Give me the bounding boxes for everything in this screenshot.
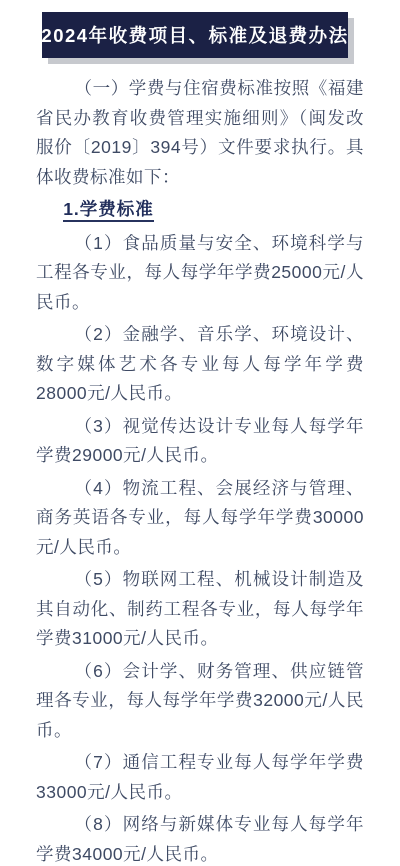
section-heading: 1.学费标准 xyxy=(63,199,154,222)
title-banner: 2024年收费项目、标准及退费办法 xyxy=(42,12,348,58)
fee-item-1: （1）食品质量与安全、环境科学与工程各专业，每人每学年学费25000元/人民币。 xyxy=(36,229,364,318)
fee-item-6: （6）会计学、财务管理、供应链管理各专业，每人每学年学费32000元/人民币。 xyxy=(36,657,364,746)
fee-item-4: （4）物流工程、会展经济与管理、商务英语各专业，每人每学年学费30000元/人民… xyxy=(36,474,364,563)
fee-item-8: （8）网络与新媒体专业每人每学年学费34000元/人民币。 xyxy=(36,810,364,866)
document-body: （一）学费与住宿费标准按照《福建省民办教育收费管理实施细则》（闽发改服价〔201… xyxy=(0,58,400,866)
fee-item-7: （7）通信工程专业每人每学年学费33000元/人民币。 xyxy=(36,748,364,807)
fee-notice-page: 2024年收费项目、标准及退费办法 （一）学费与住宿费标准按照《福建省民办教育收… xyxy=(0,0,400,866)
fee-item-5: （5）物联网工程、机械设计制造及其自动化、制药工程各专业，每人每学年学费3100… xyxy=(36,565,364,654)
intro-paragraph: （一）学费与住宿费标准按照《福建省民办教育收费管理实施细则》（闽发改服价〔201… xyxy=(36,74,364,192)
fee-item-3: （3）视觉传达设计专业每人每学年学费29000元/人民币。 xyxy=(36,412,364,471)
page-title: 2024年收费项目、标准及退费办法 xyxy=(41,22,348,48)
fee-item-2: （2）金融学、音乐学、环境设计、数字媒体艺术各专业每人每学年学费28000元/人… xyxy=(36,320,364,409)
section-heading-line: 1.学费标准 xyxy=(36,195,364,226)
